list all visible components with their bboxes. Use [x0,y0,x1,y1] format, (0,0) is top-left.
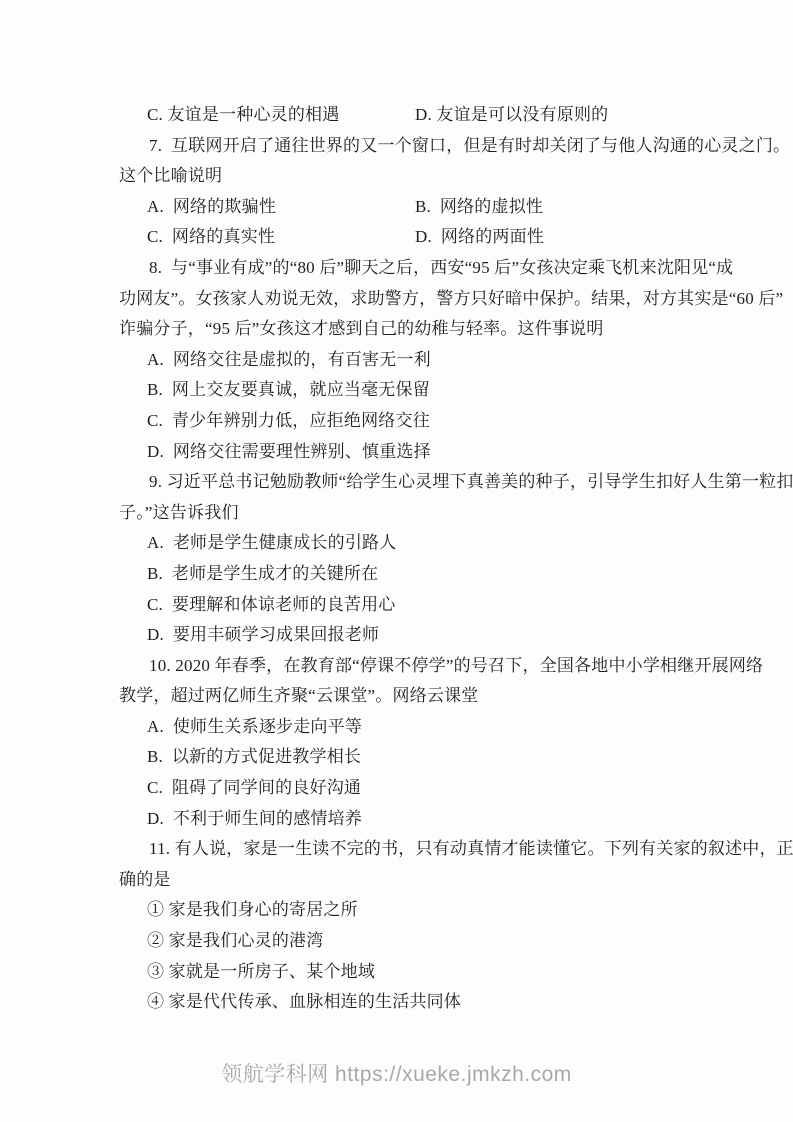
option-item: D. 不利于师生间的感情培养 [119,804,679,835]
option-item: D. 要用丰硕学习成果回报老师 [119,620,679,651]
question-text: 7. 互联网开启了通往世界的又一个窗口，但是有时却关闭了与他人沟通的心灵之门。 [119,131,679,162]
options-row: C. 网络的真实性D. 网络的两面性 [119,222,679,253]
body-text: 功网友”。女孩家人劝说无效，求助警方，警方只好暗中保护。结果，对方其实是“60 … [119,284,679,315]
option-item: D. 网络交往需要理性辨别、慎重选择 [119,437,679,468]
watermark-site-url: 领航学科网 https://xueke.jmkzh.com [0,1059,793,1091]
option-item: C. 要理解和体谅老师的良苦用心 [119,590,679,621]
body-text: 这个比喻说明 [119,161,679,192]
body-text: 确的是 [119,865,679,896]
option-item: D. 友谊是可以没有原则的 [415,100,608,131]
options-row: C. 友谊是一种心灵的相遇D. 友谊是可以没有原则的 [119,100,679,131]
option-item: C. 阻碍了同学间的良好沟通 [119,773,679,804]
option-item: A. 网络的欺骗性 [147,192,276,223]
option-item: C. 友谊是一种心灵的相遇 [147,100,339,131]
body-text: 子。”这告诉我们 [119,498,679,529]
option-item: C. 网络的真实性 [147,222,275,253]
option-item: B. 老师是学生成才的关键所在 [119,559,679,590]
option-item: B. 网上交友要真诚，就应当毫无保留 [119,375,679,406]
option-item: B. 以新的方式促进教学相长 [119,742,679,773]
option-item: A. 使师生关系逐步走向平等 [119,712,679,743]
option-item: A. 老师是学生健康成长的引路人 [119,528,679,559]
exam-paper-page: C. 友谊是一种心灵的相遇D. 友谊是可以没有原则的7. 互联网开启了通往世界的… [0,0,793,1122]
statement-item: ④ 家是代代传承、血脉相连的生活共同体 [119,987,679,1018]
body-text: 诈骗分子，“95 后”女孩这才感到自己的幼稚与轻率。这件事说明 [119,314,679,345]
option-item: A. 网络交往是虚拟的，有百害无一利 [119,345,679,376]
question-text: 8. 与“事业有成”的“80 后”聊天之后，西安“95 后”女孩决定乘飞机来沈阳… [119,253,679,284]
option-item: D. 网络的两面性 [415,222,544,253]
statement-item: ③ 家就是一所房子、某个地域 [119,957,679,988]
statement-item: ① 家是我们身心的寄居之所 [119,895,679,926]
document-body: C. 友谊是一种心灵的相遇D. 友谊是可以没有原则的7. 互联网开启了通往世界的… [119,100,679,1018]
option-item: C. 青少年辨别力低，应拒绝网络交往 [119,406,679,437]
question-text: 11. 有人说，家是一生读不完的书，只有动真情才能读懂它。下列有关家的叙述中，正 [119,834,679,865]
question-text: 9. 习近平总书记勉励教师“给学生心灵埋下真善美的种子，引导学生扣好人生第一粒扣 [119,467,679,498]
option-item: B. 网络的虚拟性 [415,192,543,223]
body-text: 教学，超过两亿师生齐聚“云课堂”。网络云课堂 [119,681,679,712]
question-text: 10. 2020 年春季，在教育部“停课不停学”的号召下，全国各地中小学相继开展… [119,651,679,682]
options-row: A. 网络的欺骗性B. 网络的虚拟性 [119,192,679,223]
statement-item: ② 家是我们心灵的港湾 [119,926,679,957]
